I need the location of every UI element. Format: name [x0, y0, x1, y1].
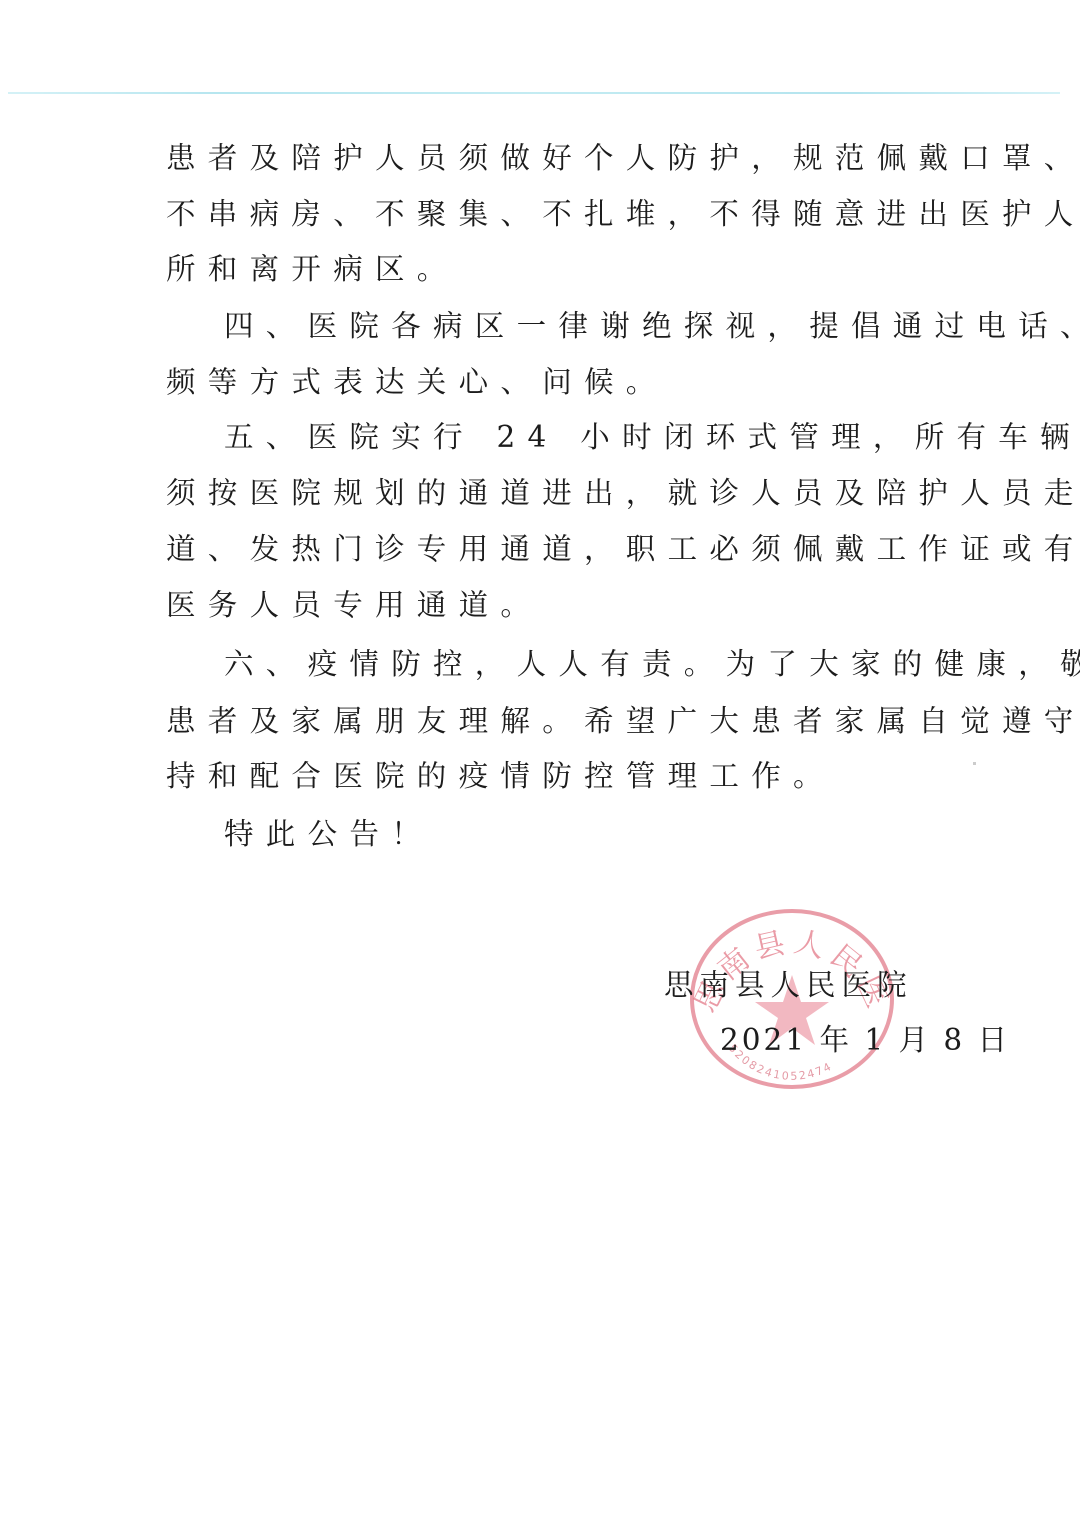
body-line: 患者及家属朋友理解。希望广大患者家属自觉遵守，积极支	[166, 701, 926, 741]
closing-line: 特此公告！	[224, 814, 984, 854]
section-4-line: 四、医院各病区一律谢绝探视，提倡通过电话、微信视	[224, 306, 984, 346]
section-5-line: 五、医院实行 24 小时闭环式管理，所有车辆、人员必	[224, 417, 984, 457]
signature-organization: 思南县人民医院	[664, 965, 913, 1005]
scan-speck	[973, 762, 976, 765]
signature-date: 2021 年 1 月 8 日	[720, 1020, 1010, 1060]
body-line: 须按医院规划的通道进出，就诊人员及陪护人员走就诊通	[166, 473, 926, 513]
body-line: 医务人员专用通道。	[166, 585, 926, 625]
body-line: 持和配合医院的疫情防控管理工作。	[166, 756, 926, 796]
body-line: 所和离开病区。	[166, 249, 926, 289]
header-rule	[8, 92, 1060, 94]
body-line: 道、发热门诊专用通道，职工必须佩戴工作证或有效证件走	[166, 529, 926, 569]
body-line: 患者及陪护人员须做好个人防护，规范佩戴口罩、勤洗手，	[166, 138, 926, 178]
section-6-line: 六、疫情防控，人人有责。为了大家的健康，敬请各位	[224, 644, 984, 684]
body-line: 不串病房、不聚集、不扎堆，不得随意进出医护人员工作场	[166, 194, 926, 234]
body-line: 频等方式表达关心、问候。	[166, 362, 926, 402]
